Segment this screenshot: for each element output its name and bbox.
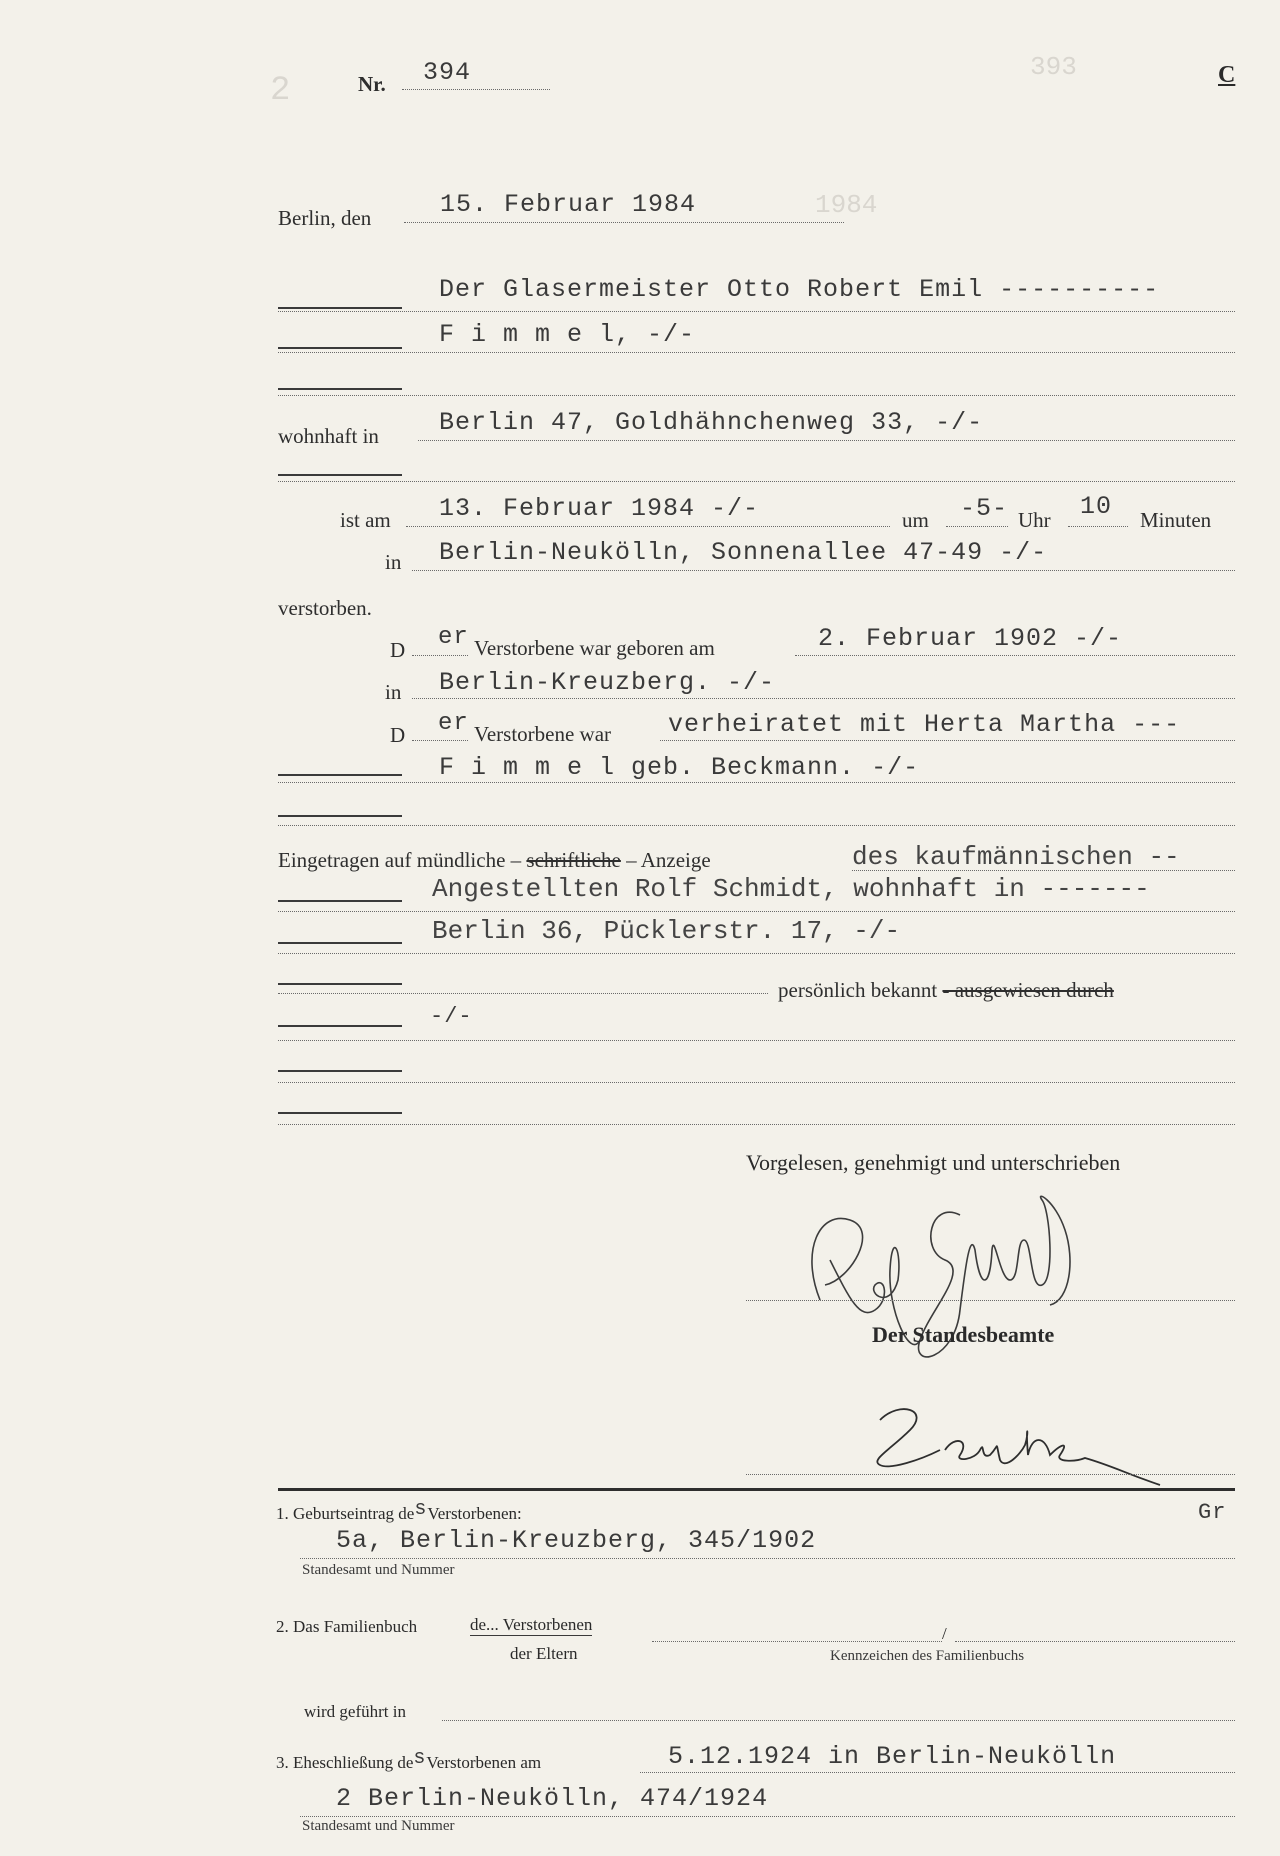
informant-value-1: des kaufmännischen -- (852, 842, 1180, 872)
identification-line-4 (278, 1124, 1235, 1125)
married-article: er (438, 710, 469, 737)
nr-label: Nr. (358, 72, 386, 97)
married-line-3 (278, 825, 1235, 826)
note-2-kept-label: wird geführt in (304, 1702, 406, 1722)
note-3-label-a: Eheschließung de (293, 1753, 413, 1772)
born-article: er (438, 624, 469, 651)
margin-rule (278, 307, 402, 309)
margin-rule (278, 388, 402, 390)
married-label: Verstorbene war (474, 722, 611, 747)
known-label-struck: - ausgewiesen durch (942, 978, 1113, 1002)
note-3-number: 3. (276, 1753, 289, 1772)
place-label: in (385, 550, 401, 575)
note-1-label-a: Geburtseintrag de (293, 1504, 414, 1523)
note-3-value-2: 2 Berlin-Neukölln, 474/1924 (336, 1784, 768, 1813)
born-value: 2. Februar 1902 -/- (818, 624, 1122, 653)
note-3-value-1: 5.12.1924 in Berlin-Neukölln (668, 1742, 1116, 1771)
informant-signature-line (746, 1300, 1235, 1301)
time-minuten-label: Minuten (1140, 508, 1211, 533)
place-value: Berlin-Neukölln, Sonnenallee 47-49 -/- (439, 538, 1047, 567)
register-letter: C (1218, 62, 1235, 89)
married-line-1 (660, 740, 1235, 741)
time-hour-value: -5- (960, 494, 1008, 523)
born-line (795, 655, 1235, 656)
note-2-line-b (955, 1641, 1235, 1642)
time-minutes-line (1068, 526, 1128, 527)
time-uhr-label: Uhr (1018, 508, 1051, 533)
informant-label-end: – Anzeige (626, 848, 711, 872)
married-line-2 (278, 782, 1235, 783)
known-label: persönlich bekannt - ausgewiesen durch (778, 978, 1114, 1003)
margin-rule (278, 983, 402, 985)
deceased-name-line-1: Der Glasermeister Otto Robert Emil -----… (439, 275, 1159, 304)
informant-value-2: Angestellten Rolf Schmidt, wohnhaft in -… (432, 874, 1150, 904)
born-place-label: in (385, 680, 401, 705)
residence-line-2 (278, 481, 1235, 482)
identification-line-2 (278, 1040, 1235, 1041)
note-1-value: 5a, Berlin-Kreuzberg, 345/1902 (336, 1526, 816, 1555)
date-label: Berlin, den (278, 206, 371, 231)
informant-line-1 (852, 870, 1235, 871)
identification-line-3 (278, 1082, 1235, 1083)
born-label: Verstorbene war geboren am (474, 636, 715, 661)
approval-label: Vorgelesen, genehmigt und unterschrieben (746, 1150, 1120, 1176)
residence-value: Berlin 47, Goldhähnchenweg 33, -/- (439, 408, 983, 437)
note-3-label-b: Verstorbenen am (426, 1753, 541, 1772)
informant-label-start: Eingetragen auf mündliche – (278, 848, 521, 872)
date-line (404, 222, 844, 223)
bleed-through-text: 2 (270, 72, 290, 110)
note-2-kept-line (442, 1720, 1235, 1721)
note-2-label: Das Familienbuch (293, 1617, 417, 1636)
died-on-line (406, 526, 890, 527)
died-on-label: ist am (340, 508, 391, 533)
name-line-1 (278, 311, 1235, 312)
note-1-corner: Gr (1198, 1500, 1226, 1525)
note-3-line-1 (640, 1772, 1235, 1773)
margin-rule (278, 942, 402, 944)
registrar-signature-line (746, 1474, 1235, 1475)
margin-rule (278, 1025, 402, 1027)
section-divider (278, 1488, 1235, 1491)
born-place-line (412, 698, 1235, 699)
margin-rule (278, 347, 402, 349)
margin-rule (278, 1112, 402, 1114)
born-article-line (412, 655, 468, 656)
name-line-3 (278, 395, 1235, 396)
margin-rule (278, 474, 402, 476)
informant-value-3: Berlin 36, Pücklerstr. 17, -/- (432, 916, 900, 946)
born-prefix: D (390, 638, 405, 663)
note-1-line (300, 1558, 1235, 1559)
note-2-option-a: de... Verstorbenen (470, 1615, 592, 1636)
place-line (412, 570, 1235, 571)
margin-rule (278, 774, 402, 776)
note-3-line-2 (300, 1816, 1235, 1817)
time-hour-line (946, 526, 1008, 527)
deceased-name-line-2: F i m m e l, -/- (439, 320, 695, 349)
note-1: 1. Geburtseintrag desVerstorbenen: (276, 1503, 522, 1526)
note-2-caption: Kennzeichen des Familienbuchs (830, 1648, 1024, 1665)
residence-line (418, 440, 1235, 441)
note-1-caption: Standesamt und Nummer (302, 1562, 454, 1579)
time-um-label: um (902, 508, 929, 533)
margin-rule (278, 815, 402, 817)
note-2-number: 2. (276, 1617, 289, 1636)
bleed-through-text: 1984 (815, 190, 877, 220)
married-article-line (412, 740, 468, 741)
note-3-caption: Standesamt und Nummer (302, 1818, 454, 1835)
margin-rule (278, 1070, 402, 1072)
identification-line (278, 993, 768, 994)
nr-line (402, 89, 550, 90)
informant-line-3 (278, 953, 1235, 954)
married-value-1: verheiratet mit Herta Martha --- (668, 710, 1180, 739)
nr-value: 394 (423, 58, 471, 87)
known-value: -/- (430, 1004, 473, 1029)
residence-label: wohnhaft in (278, 424, 379, 449)
note-2-option-b: der Eltern (510, 1644, 578, 1664)
verstorben-label: verstorben. (278, 596, 372, 621)
married-prefix: D (390, 723, 405, 748)
note-1-label-s: s (414, 1498, 427, 1521)
name-line-2 (278, 352, 1235, 353)
married-value-2: F i m m e l geb. Beckmann. -/- (439, 753, 919, 782)
died-on-value: 13. Februar 1984 -/- (439, 494, 759, 523)
informant-label-struck: schriftliche (526, 848, 620, 872)
time-minutes-value: 10 (1080, 492, 1112, 521)
informant-label: Eingetragen auf mündliche – schriftliche… (278, 848, 711, 873)
registrar-label: Der Standesbeamte (872, 1322, 1054, 1348)
bleed-through-text: 393 (1030, 52, 1077, 82)
note-2-separator: / (942, 1624, 947, 1644)
note-2: 2. Das Familienbuch (276, 1617, 417, 1637)
registrar-signature (860, 1400, 1180, 1490)
born-place-value: Berlin-Kreuzberg. -/- (439, 668, 775, 697)
note-1-number: 1. (276, 1504, 289, 1523)
informant-line-2 (278, 911, 1235, 912)
date-value: 15. Februar 1984 (440, 190, 696, 219)
note-3: 3. Eheschließung desVerstorbenen am (276, 1752, 541, 1775)
note-2-line-a (652, 1641, 942, 1642)
margin-rule (278, 900, 402, 902)
note-3-label-s: s (413, 1747, 426, 1770)
known-label-text: persönlich bekannt (778, 978, 937, 1002)
note-1-label-b: Verstorbenen: (427, 1504, 521, 1523)
